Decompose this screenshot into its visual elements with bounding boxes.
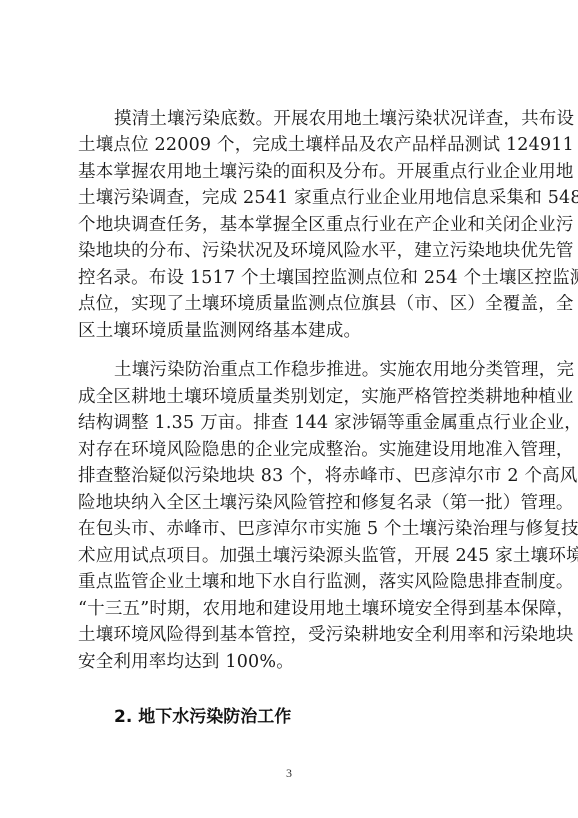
paragraph-1-line-7: 控名录。布设 1517 个土壤国控监测点位和 254 个土壤区控监测 bbox=[78, 266, 512, 290]
section-heading: 2. 地下水污染防治工作 bbox=[114, 705, 291, 729]
paragraph-1-line-3: 基本掌握农用地土壤污染的面积及分布。开展重点行业企业用地 bbox=[78, 160, 512, 184]
paragraph-1-line-5: 个地块调查任务，基本掌握全区重点行业在产企业和关闭企业污 bbox=[78, 213, 512, 237]
paragraph-2-line-8: 术应用试点项目。加强土壤污染源头监管，开展 245 家土壤环境 bbox=[78, 544, 512, 568]
paragraph-1-line-6: 染地块的分布、污染状况及环境风险水平，建立污染地块优先管 bbox=[78, 239, 512, 263]
paragraph-1-line-8: 点位，实现了土壤环境质量监测点位旗县（市、区）全覆盖，全 bbox=[78, 292, 512, 316]
paragraph-2-line-7: 在包头市、赤峰市、巴彦淖尔市实施 5 个土壤污染治理与修复技 bbox=[78, 517, 512, 541]
paragraph-1-line-9: 区土壤环境质量监测网络基本建成。 bbox=[78, 319, 512, 343]
paragraph-1-line-2: 土壤点位 22009 个，完成土壤样品及农产品样品测试 124911 份， bbox=[78, 133, 512, 157]
paragraph-2-line-4: 对存在环境风险隐患的企业完成整治。实施建设用地准入管理， bbox=[78, 438, 512, 462]
paragraph-2-line-5: 排查整治疑似污染地块 83 个，将赤峰市、巴彦淖尔市 2 个高风 bbox=[78, 464, 512, 488]
paragraph-2-line-3: 结构调整 1.35 万亩。排查 144 家涉镉等重金属重点行业企业， bbox=[78, 411, 512, 435]
paragraph-2-line-2: 成全区耕地土壤环境质量类别划定，实施严格管控类耕地种植业 bbox=[78, 385, 512, 409]
page-number: 3 bbox=[0, 766, 578, 781]
paragraph-2-line-1: 土壤污染防治重点工作稳步推进。实施农用地分类管理，完 bbox=[114, 358, 512, 382]
paragraph-1-line-1: 摸清土壤污染底数。开展农用地土壤污染状况详查，共布设 bbox=[114, 107, 512, 131]
paragraph-2-line-10: “十三五”时期，农用地和建设用地土壤环境安全得到基本保障， bbox=[78, 597, 512, 621]
paragraph-2-line-9: 重点监管企业土壤和地下水自行监测，落实风险隐患排查制度。 bbox=[78, 570, 512, 594]
paragraph-2-line-11: 土壤环境风险得到基本管控，受污染耕地安全利用率和污染地块 bbox=[78, 623, 512, 647]
paragraph-1-line-4: 土壤污染调查，完成 2541 家重点行业企业用地信息采集和 548 bbox=[78, 186, 512, 210]
paragraph-2-line-12: 安全利用率均达到 100%。 bbox=[78, 650, 512, 674]
document-page: 摸清土壤污染底数。开展农用地土壤污染状况详查，共布设 土壤点位 22009 个，… bbox=[0, 0, 578, 818]
paragraph-2-line-6: 险地块纳入全区土壤污染风险管控和修复名录（第一批）管理。 bbox=[78, 491, 512, 515]
